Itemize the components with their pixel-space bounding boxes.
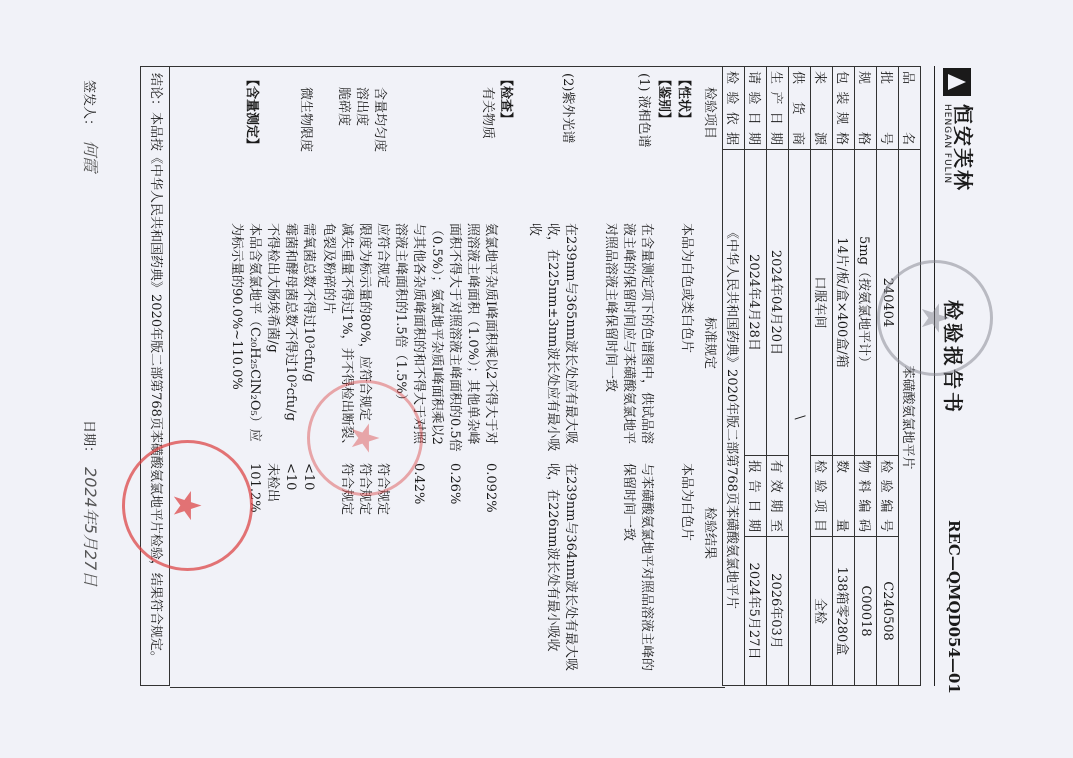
section-appearance: 【性状】 xyxy=(676,73,695,193)
standard-mold-yeast: 霉菌和酵母菌总数不得过10²cfu/g xyxy=(281,223,299,453)
item-dissolution: 溶出度 xyxy=(354,73,373,207)
label-basis: 检验依据 xyxy=(723,67,745,150)
red-stamp-result: ★ xyxy=(307,380,423,496)
test-basis: 《中华人民共和国药典》2020年版二部第768页苯磺酸氨氯地平片 xyxy=(723,150,745,686)
test-item: 全检 xyxy=(811,537,833,686)
request-date: 2024年4月28日 xyxy=(745,150,767,456)
label-batch: 批 号 xyxy=(877,67,899,150)
item-related-substances: 有关物质 xyxy=(480,73,499,207)
item-content-uniformity: 含量均匀度 xyxy=(372,73,391,207)
column-header-standard: 标准规定 xyxy=(702,317,721,369)
result-content-uniformity: 符合规定 xyxy=(373,463,391,683)
standard-ecoli: 不得检出大肠埃希菌/g xyxy=(263,223,281,453)
item-friability: 脆碎度 xyxy=(336,73,355,207)
standard-appearance: 本品为白色或类白色片 xyxy=(677,223,695,453)
signer: 签发人：何霞 xyxy=(80,80,103,172)
label-quantity: 数 量 xyxy=(833,456,855,537)
production-date: 2024年04月20日 xyxy=(767,150,789,456)
product-info-table: 品 名 苯磺酸氨氯地平片 批 号 240404 检验编号 C240508 规 格… xyxy=(722,66,921,686)
stamp-star-icon: ★ xyxy=(913,301,957,335)
product-name: 苯磺酸氨氯地平片 xyxy=(899,150,921,686)
label-spec: 规 格 xyxy=(855,67,877,150)
result-mold-yeast: <10 xyxy=(281,463,299,683)
result-dissolution: 符合规定 xyxy=(355,463,373,683)
label-product-name: 品 名 xyxy=(899,67,921,150)
handwritten-date: 2024年5月27日 xyxy=(81,467,100,586)
test-number: C240508 xyxy=(877,537,899,686)
section-identification: 【鉴别】 xyxy=(656,73,675,193)
label-test-no: 检验编号 xyxy=(877,456,899,537)
logo-triangle-icon xyxy=(944,68,972,96)
item-microbial-limit: 微生物限度 xyxy=(298,73,317,207)
signer-label: 签发人： xyxy=(81,80,96,132)
item-uv: (2)紫外光谱 xyxy=(560,73,579,193)
header-divider xyxy=(934,66,935,686)
company-name-cn: 恒安芙林 xyxy=(953,104,973,192)
gray-stamp: ★ xyxy=(877,260,993,376)
result-aerobic: <10 xyxy=(299,463,317,683)
result-ecoli: 未检出 xyxy=(263,463,281,683)
column-header-result: 检验结果 xyxy=(702,507,721,559)
label-report-date: 报告日期 xyxy=(745,456,767,537)
test-items-section: 检验项目 标准规定 检验结果 【性状】 本品为白色或类白色片 本品为白色片 【鉴… xyxy=(170,66,725,688)
supplier: \ xyxy=(789,150,811,686)
label-supplier: 供 货 商 xyxy=(789,67,811,150)
label-source: 来 源 xyxy=(811,67,833,150)
section-assay: 【含量测定】 xyxy=(244,73,263,193)
expiry-date: 2026年03月 xyxy=(767,537,789,686)
report-date: 2024年5月27日 xyxy=(745,537,767,686)
signature: 何霞 xyxy=(81,140,100,172)
source: 口服车间 xyxy=(811,150,833,456)
label-test-item: 检验项目 xyxy=(811,456,833,537)
stamp-star-icon: ★ xyxy=(343,421,387,455)
label-package: 包装规格 xyxy=(833,67,855,150)
red-stamp-inspection: ★ xyxy=(122,440,253,571)
issue-date: 日期：2024年5月27日 xyxy=(80,420,103,586)
document-number: REC—QMQD054—01 xyxy=(945,520,963,694)
standard-hplc: 在含量测定项下的色谱图中，供试品溶液主峰的保留时间应与苯磺酸氨氯地平对照品溶液主… xyxy=(601,223,655,453)
label-expiry: 有效期至 xyxy=(767,456,789,537)
standard-uv: 在239nm与365nm波长处应有最大吸收，在225nm±3nm波长处应有最小吸… xyxy=(525,223,579,453)
inspection-report-page: 恒安芙林 HENGAN FULIN 检验报告书 REC—QMQD054—01 品… xyxy=(0,0,1073,758)
company-name-en: HENGAN FULIN xyxy=(942,104,951,192)
result-friability: 符合规定 xyxy=(337,463,355,683)
label-material-code: 物料编码 xyxy=(855,456,877,537)
result-hplc: 与苯磺酸氨氯地平对照品溶液主峰的保留时间一致 xyxy=(619,463,655,683)
result-uv: 在239nm与364nm波长处有最大吸收，在226nm波长处有最小吸收 xyxy=(543,463,579,683)
stamp-star-icon: ★ xyxy=(166,488,210,522)
company-logo: 恒安芙林 HENGAN FULIN xyxy=(942,68,973,192)
label-production-date: 生产日期 xyxy=(767,67,789,150)
result-appearance: 本品为白色片 xyxy=(677,463,695,683)
package-spec: 14片/板/盒×400盒/箱 xyxy=(833,150,855,456)
conclusion: 结论：本品按《中华人民共和国药典》2020年版二部第768页苯磺酸氨氯地平片检验… xyxy=(140,66,170,686)
label-request-date: 请验日期 xyxy=(745,67,767,150)
result-impurity-single: 0.26% xyxy=(445,463,463,683)
section-check: 【检查】 xyxy=(498,73,517,193)
item-hplc: (1) 液相色谱 xyxy=(636,73,655,193)
specification: 5mg（按氨氯地平计） xyxy=(855,150,877,456)
date-label: 日期： xyxy=(81,420,96,459)
standard-assay: 本品含氨氯地平（C₂₀H₂₅ClN₂O₅）应为标示量的90.0%~110.0% xyxy=(227,223,263,453)
result-impurity-1: 0.092% xyxy=(481,463,499,683)
material-code: C00018 xyxy=(855,537,877,686)
column-header-item: 检验项目 xyxy=(702,87,721,139)
quantity: 138箱零280盒 xyxy=(833,537,855,686)
result-impurity-total: 0.42% xyxy=(409,463,427,683)
